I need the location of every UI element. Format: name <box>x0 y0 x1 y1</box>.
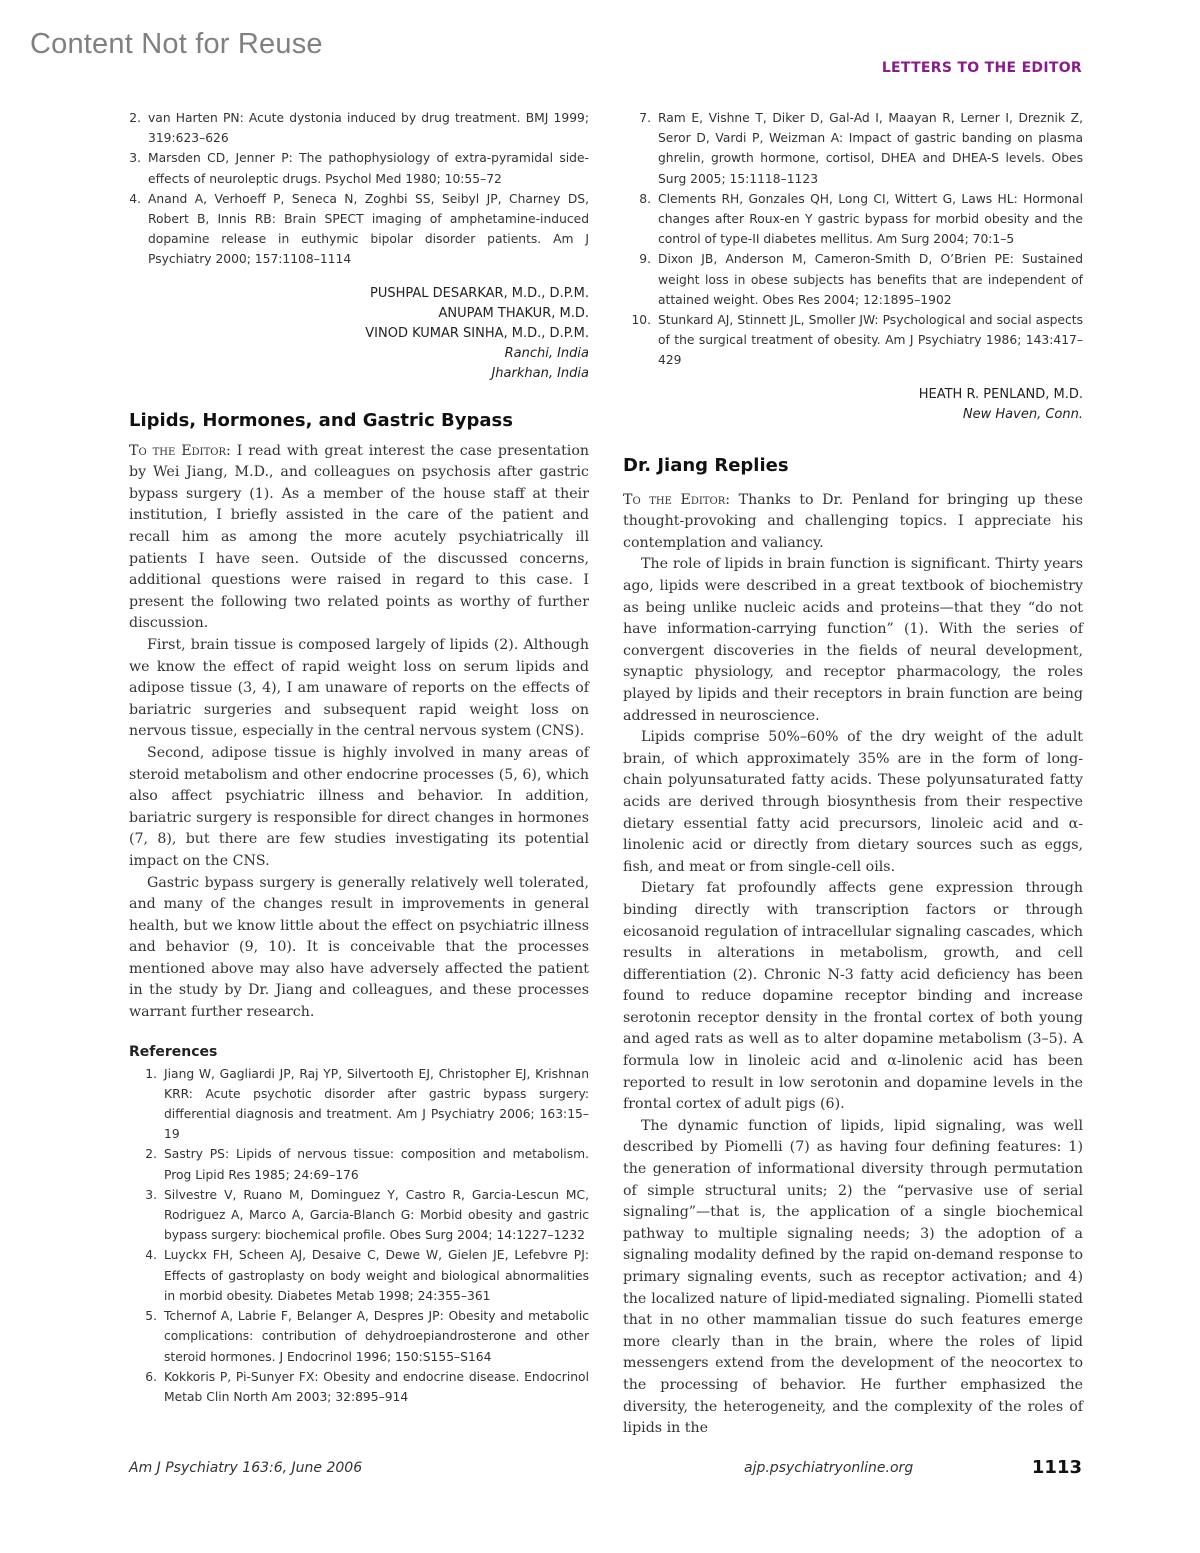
right-column: 7.Ram E, Vishne T, Diker D, Gal-Ad I, Ma… <box>623 108 1083 1440</box>
reference-text: Stunkard AJ, Stinnett JL, Smoller JW: Ps… <box>658 313 1083 367</box>
letter-title: Lipids, Hormones, and Gastric Bypass <box>129 410 589 431</box>
author-name: ANUPAM THAKUR, M.D. <box>129 304 589 324</box>
reference-item: 5.Tchernof A, Labrie F, Belanger A, Desp… <box>129 1306 589 1367</box>
author-name: VINOD KUMAR SINHA, M.D., D.P.M. <box>129 324 589 344</box>
reference-item: 3.Silvestre V, Ruano M, Dominguez Y, Cas… <box>129 1185 589 1246</box>
reference-number: 7. <box>623 108 651 128</box>
section-header: LETTERS TO THE EDITOR <box>882 60 1082 76</box>
author-name: PUSHPAL DESARKAR, M.D., D.P.M. <box>129 284 589 304</box>
paragraph: To the Editor: Thanks to Dr. Penland for… <box>623 490 1083 555</box>
reference-number: 9. <box>623 249 651 269</box>
salutation: To the Editor: <box>623 492 730 508</box>
reference-item: 9.Dixon JB, Anderson M, Cameron-Smith D,… <box>623 249 1083 310</box>
reference-number: 5. <box>129 1306 157 1326</box>
paragraph: First, brain tissue is composed largely … <box>129 635 589 743</box>
reference-number: 1. <box>129 1064 157 1084</box>
reference-text: Sastry PS: Lipids of nervous tissue: com… <box>164 1147 589 1181</box>
reply-title: Dr. Jiang Replies <box>623 455 1083 476</box>
reference-item: 1.Jiang W, Gagliardi JP, Raj YP, Silvert… <box>129 1064 589 1145</box>
reference-text: Jiang W, Gagliardi JP, Raj YP, Silvertoo… <box>164 1067 589 1142</box>
reference-text: Anand A, Verhoeff P, Seneca N, Zoghbi SS… <box>148 192 589 267</box>
letter-body: To the Editor: I read with great interes… <box>129 441 589 1024</box>
reference-text: Clements RH, Gonzales QH, Long CI, Witte… <box>658 192 1083 246</box>
reference-item: 10.Stunkard AJ, Stinnett JL, Smoller JW:… <box>623 310 1083 371</box>
reference-item: 6.Kokkoris P, Pi-Sunyer FX: Obesity and … <box>129 1367 589 1407</box>
paragraph: Dietary fat profoundly affects gene expr… <box>623 878 1083 1116</box>
author-name: HEATH R. PENLAND, M.D. <box>623 385 1083 405</box>
reference-text: van Harten PN: Acute dystonia induced by… <box>148 111 589 145</box>
reference-number: 3. <box>129 1185 157 1205</box>
reference-item: 2.Sastry PS: Lipids of nervous tissue: c… <box>129 1144 589 1184</box>
paragraph: The dynamic function of lipids, lipid si… <box>623 1116 1083 1440</box>
author-location: New Haven, Conn. <box>623 405 1083 425</box>
reference-item: 3.Marsden CD, Jenner P: The pathophysiol… <box>113 148 589 188</box>
reference-text: Tchernof A, Labrie F, Belanger A, Despre… <box>164 1309 589 1363</box>
paragraph: Lipids comprise 50%–60% of the dry weigh… <box>623 727 1083 878</box>
reference-number: 4. <box>129 1245 157 1265</box>
previous-letter-references: 2.van Harten PN: Acute dystonia induced … <box>113 108 589 270</box>
paragraph-text: I read with great interest the case pres… <box>129 443 589 632</box>
reference-number: 2. <box>129 1144 157 1164</box>
paragraph: Second, adipose tissue is highly involve… <box>129 743 589 873</box>
continued-references: 7.Ram E, Vishne T, Diker D, Gal-Ad I, Ma… <box>623 108 1083 371</box>
reference-text: Marsden CD, Jenner P: The pathophysiolog… <box>148 151 589 185</box>
reference-item: 7.Ram E, Vishne T, Diker D, Gal-Ad I, Ma… <box>623 108 1083 189</box>
reference-item: 2.van Harten PN: Acute dystonia induced … <box>113 108 589 148</box>
reference-item: 4.Anand A, Verhoeff P, Seneca N, Zoghbi … <box>113 189 589 270</box>
reference-number: 10. <box>623 310 651 330</box>
journal-website: ajp.psychiatryonline.org <box>744 1460 913 1476</box>
reference-number: 3. <box>113 148 141 168</box>
paragraph: The role of lipids in brain function is … <box>623 554 1083 727</box>
reply-body: To the Editor: Thanks to Dr. Penland for… <box>623 490 1083 1440</box>
journal-citation: Am J Psychiatry 163:6, June 2006 <box>129 1460 362 1476</box>
reference-item: 8.Clements RH, Gonzales QH, Long CI, Wit… <box>623 189 1083 250</box>
reference-text: Ram E, Vishne T, Diker D, Gal-Ad I, Maay… <box>658 111 1083 186</box>
reference-number: 8. <box>623 189 651 209</box>
reference-item: 4.Luyckx FH, Scheen AJ, Desaive C, Dewe … <box>129 1245 589 1306</box>
letter-signature: HEATH R. PENLAND, M.D. New Haven, Conn. <box>623 385 1083 425</box>
author-location: Ranchi, India <box>129 344 589 364</box>
left-column: 2.van Harten PN: Acute dystonia induced … <box>129 108 589 1407</box>
reference-number: 6. <box>129 1367 157 1387</box>
references-heading: References <box>129 1044 589 1060</box>
author-location: Jharkhan, India <box>129 364 589 384</box>
watermark: Content Not for Reuse <box>30 28 323 61</box>
reference-number: 4. <box>113 189 141 209</box>
page-number: 1113 <box>1032 1457 1082 1478</box>
paragraph: To the Editor: I read with great interes… <box>129 441 589 635</box>
reference-text: Luyckx FH, Scheen AJ, Desaive C, Dewe W,… <box>164 1248 589 1302</box>
salutation: To the Editor: <box>129 443 231 459</box>
letter-references: 1.Jiang W, Gagliardi JP, Raj YP, Silvert… <box>129 1064 589 1407</box>
previous-letter-signature: PUSHPAL DESARKAR, M.D., D.P.M. ANUPAM TH… <box>129 284 589 384</box>
reference-text: Kokkoris P, Pi-Sunyer FX: Obesity and en… <box>164 1370 589 1404</box>
reference-number: 2. <box>113 108 141 128</box>
paragraph: Gastric bypass surgery is generally rela… <box>129 873 589 1024</box>
reference-text: Silvestre V, Ruano M, Dominguez Y, Castr… <box>164 1188 589 1242</box>
reference-text: Dixon JB, Anderson M, Cameron-Smith D, O… <box>658 252 1083 306</box>
